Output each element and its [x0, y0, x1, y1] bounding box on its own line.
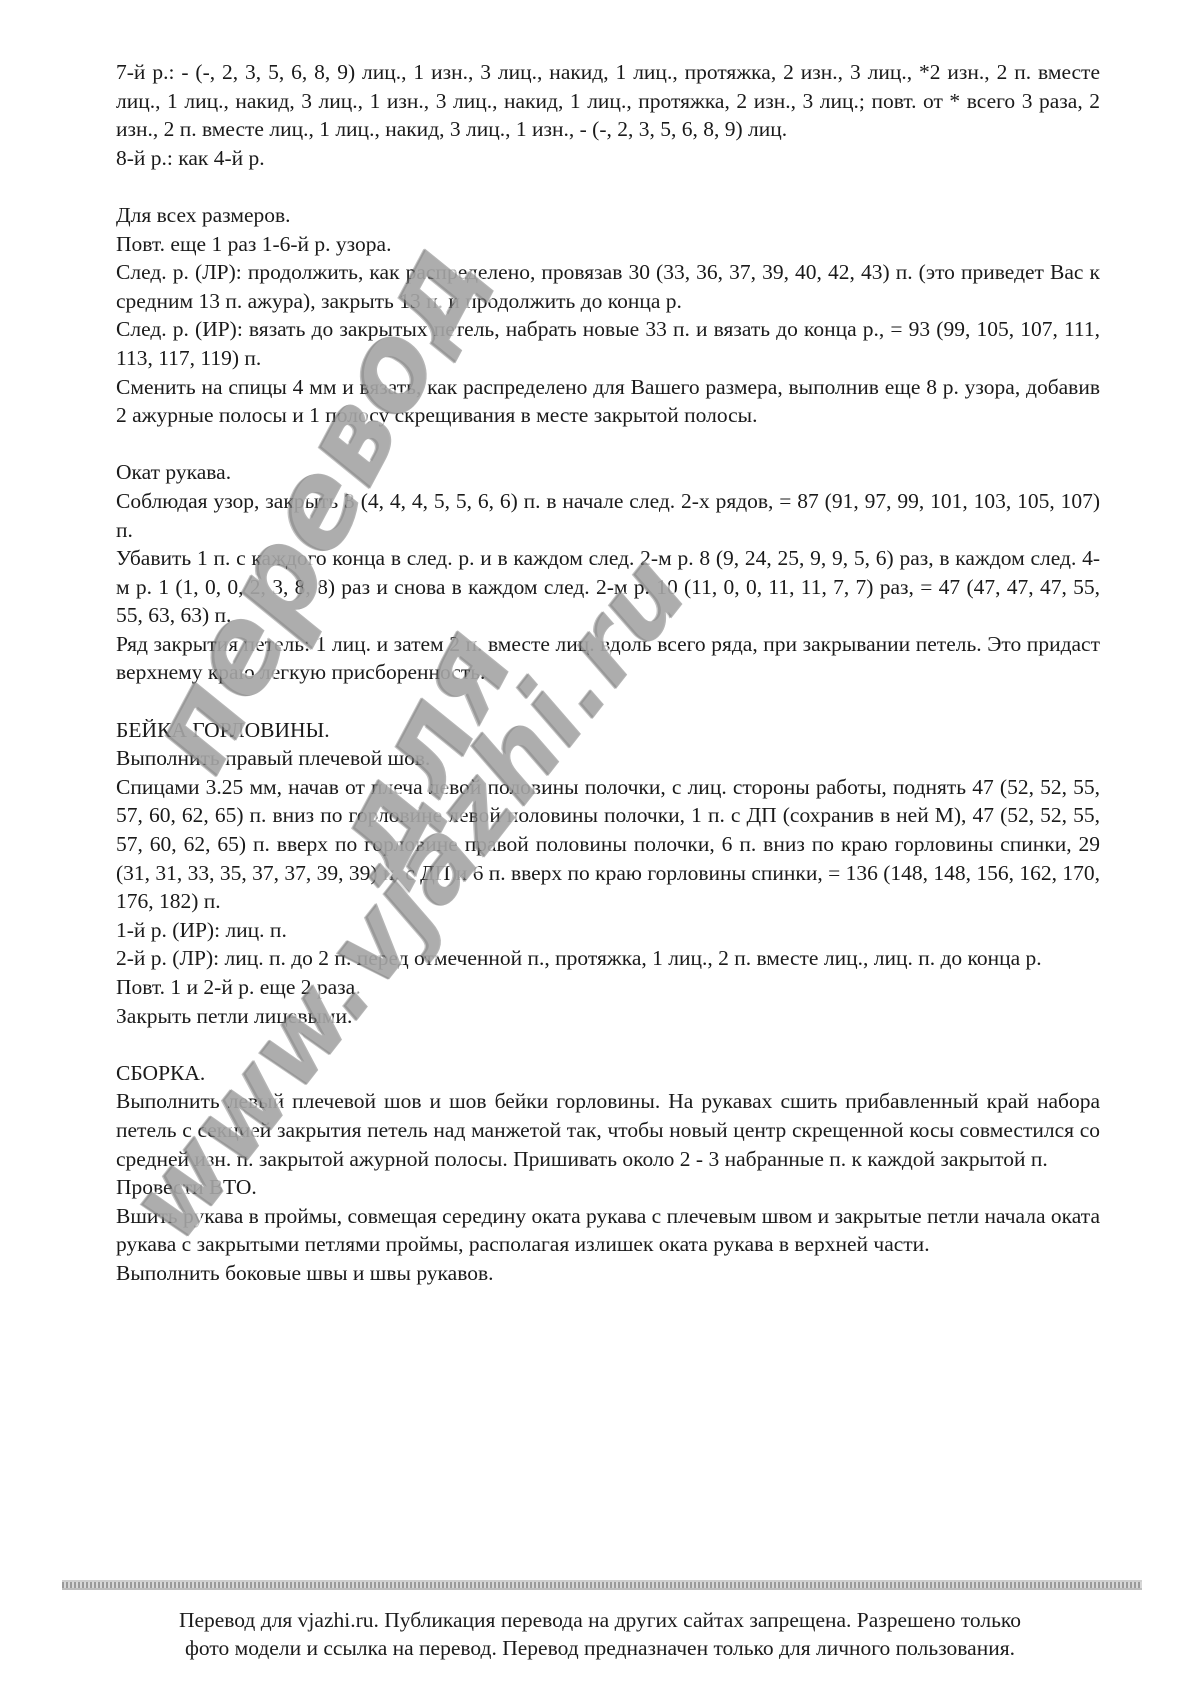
paragraph: 2-й р. (ЛР): лиц. п. до 2 п. перед отмеч… [116, 944, 1100, 973]
paragraph: Для всех размеров. [116, 201, 1100, 230]
section-heading: БЕЙКА ГОРЛОВИНЫ. [116, 716, 1100, 745]
section-heading: СБОРКА. [116, 1059, 1100, 1088]
footer-separator [62, 1580, 1142, 1590]
paragraph: След. р. (ИР): вязать до закрытых петель… [116, 315, 1100, 372]
paragraph: Выполнить левый плечевой шов и шов бейки… [116, 1087, 1100, 1173]
paragraph: Повт. 1 и 2-й р. еще 2 раза. [116, 973, 1100, 1002]
paragraph: Убавить 1 п. с каждого конца в след. р. … [116, 544, 1100, 630]
paragraph: Ряд закрытия петель: 1 лиц. и затем 2 п.… [116, 630, 1100, 687]
footer-line-1: Перевод для vjazhi.ru. Публикация перево… [60, 1606, 1140, 1634]
paragraph-spacer [116, 687, 1100, 716]
paragraph: След. р. (ЛР): продолжить, как распредел… [116, 258, 1100, 315]
footer-notice: Перевод для vjazhi.ru. Публикация перево… [60, 1606, 1140, 1662]
paragraph: 1-й р. (ИР): лиц. п. [116, 916, 1100, 945]
paragraph-spacer [116, 172, 1100, 201]
paragraph-spacer [116, 430, 1100, 459]
paragraph: Повт. еще 1 раз 1-6-й р. узора. [116, 230, 1100, 259]
paragraph: Выполнить боковые швы и швы рукавов. [116, 1259, 1100, 1288]
document-body: 7-й р.: - (-, 2, 3, 5, 6, 8, 9) лиц., 1 … [116, 58, 1100, 1288]
paragraph: Окат рукава. [116, 458, 1100, 487]
paragraph: 7-й р.: - (-, 2, 3, 5, 6, 8, 9) лиц., 1 … [116, 58, 1100, 144]
paragraph: Сменить на спицы 4 мм и вязать, как расп… [116, 373, 1100, 430]
paragraph: 8-й р.: как 4-й р. [116, 144, 1100, 173]
footer-line-2: фото модели и ссылка на перевод. Перевод… [60, 1634, 1140, 1662]
paragraph-spacer [116, 1030, 1100, 1059]
paragraph: Спицами 3.25 мм, начав от плеча левой по… [116, 773, 1100, 916]
paragraph: Соблюдая узор, закрыть 3 (4, 4, 4, 5, 5,… [116, 487, 1100, 544]
paragraph: Вшить рукава в проймы, совмещая середину… [116, 1202, 1100, 1259]
paragraph: Провести ВТО. [116, 1173, 1100, 1202]
paragraph: Закрыть петли лицевыми. [116, 1002, 1100, 1031]
paragraph: Выполнить правый плечевой шов. [116, 744, 1100, 773]
